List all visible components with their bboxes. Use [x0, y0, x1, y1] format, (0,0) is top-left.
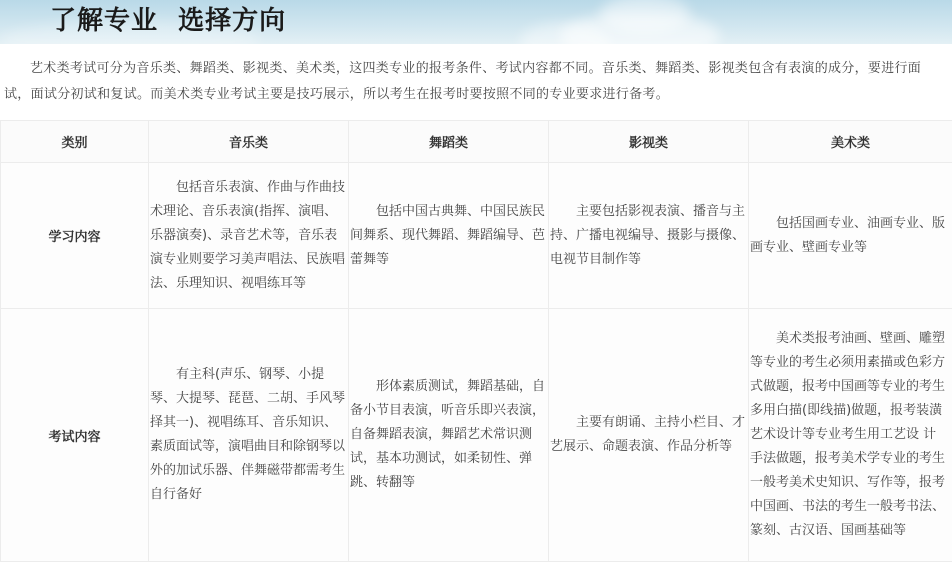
page-banner: 了解专业 选择方向 [0, 0, 952, 44]
cell-exam-film-tv: 主要有朗诵、主持小栏目、才艺展示、命题表演、作品分析等 [549, 309, 749, 544]
row-label-exam-content: 考试内容 [1, 309, 149, 544]
page-title: 了解专业 选择方向 [50, 4, 286, 38]
cell-study-film-tv: 主要包括影视表演、播音与主持、广播电视编导、摄影与摄像、电视节目制作等 [549, 163, 749, 309]
cell-exam-fine-arts: 美术类报考油画、壁画、雕塑等专业的考生必须用素描或色彩方式做题，报考中国画等专业… [749, 309, 952, 544]
cell-study-dance: 包括中国古典舞、中国民族民间舞系、现代舞蹈、舞蹈编导、芭蕾舞等 [349, 163, 549, 309]
table-row-exam-content: 考试内容 有主科(声乐、钢琴、小提琴、大提琴、琵琶、二胡、手风琴择其一)、视唱练… [1, 309, 952, 544]
table-row-study-content: 学习内容 包括音乐表演、作曲与作曲技术理论、音乐表演(指挥、演唱、乐器演奏)、录… [1, 163, 952, 309]
table-header-row: 类别 音乐类 舞蹈类 影视类 美术类 [1, 121, 952, 163]
header-category: 类别 [1, 121, 149, 163]
cell-exam-dance: 形体素质测试，舞蹈基础，自备小节目表演，听音乐即兴表演，自备舞蹈表演，舞蹈艺术常… [349, 309, 549, 544]
row-label-study-content: 学习内容 [1, 163, 149, 309]
cell-study-music: 包括音乐表演、作曲与作曲技术理论、音乐表演(指挥、演唱、乐器演奏)、录音艺术等，… [149, 163, 349, 309]
cell-study-fine-arts: 包括国画专业、油画专业、版画专业、壁画专业等 [749, 163, 952, 309]
cell-exam-music: 有主科(声乐、钢琴、小提琴、大提琴、琵琶、二胡、手风琴择其一)、视唱练耳、音乐知… [149, 309, 349, 544]
intro-paragraph: 艺术类考试可分为音乐类、舞蹈类、影视类、美术类，这四类专业的报考条件、考试内容都… [0, 44, 952, 120]
header-music: 音乐类 [149, 121, 349, 163]
header-film-tv: 影视类 [549, 121, 749, 163]
majors-comparison-table: 类别 音乐类 舞蹈类 影视类 美术类 学习内容 包括音乐表演、作曲与作曲技术理论… [0, 120, 952, 543]
header-dance: 舞蹈类 [349, 121, 549, 163]
header-fine-arts: 美术类 [749, 121, 952, 163]
